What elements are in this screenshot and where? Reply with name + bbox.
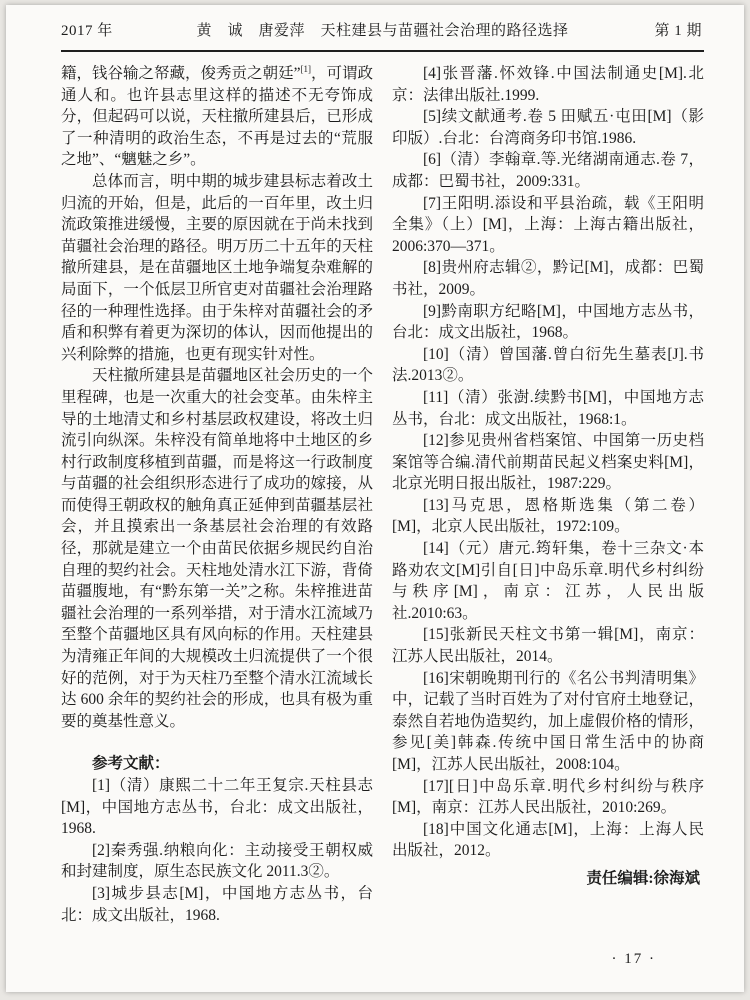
body-paragraph: 籍，钱谷输之帑藏，俊秀贡之朝廷”[1]，可谓政通人和。也许县志里这样的描述不无夸…: [61, 63, 373, 171]
reference-item: [5]续文献通考.卷 5 田赋五·屯田[M]（影印版）.台北：台湾商务印书馆.1…: [392, 106, 704, 149]
reference-item: [3]城步县志[M]，中国地方志丛书，台北：成文出版社，1968.: [61, 883, 373, 926]
reference-item: [17][日]中岛乐章.明代乡村纠纷与秩序[M]，南京：江苏人民出版社，2010…: [392, 776, 704, 819]
reference-item: [4]张晋藩.怀效锋.中国法制通史[M].北京：法律出版社.1999.: [392, 63, 704, 106]
reference-item: [15]张新民天柱文书第一辑[M]，南京：江苏人民出版社，2014。: [392, 624, 704, 667]
running-header: 2017 年 黄 诚 唐爱萍 天柱建县与苗疆社会治理的路径选择 第 1 期: [61, 19, 704, 43]
reference-item: [14]（元）唐元.筠轩集，卷十三杂文·本路劝农文[M]引自[日]中岛乐章.明代…: [392, 538, 704, 624]
right-column: [4]张晋藩.怀效锋.中国法制通史[M].北京：法律出版社.1999. [5]续…: [392, 63, 704, 926]
header-rule: [61, 50, 704, 52]
journal-page: 2017 年 黄 诚 唐爱萍 天柱建县与苗疆社会治理的路径选择 第 1 期 籍，…: [6, 5, 744, 992]
reference-item: [1]（清）康熙二十二年王复宗.天柱县志[M]，中国地方志丛书，台北：成文出版社…: [61, 775, 373, 840]
footnote-marker: [1]: [300, 64, 311, 74]
reference-item: [12]参见贵州省档案馆、中国第一历史档案馆等合编.清代前期苗民起义档案史料[M…: [392, 430, 704, 495]
reference-item: [6]（清）李翰章.等.光绪湖南通志.卷 7，成都：巴蜀书社，2009:331。: [392, 149, 704, 192]
reference-item: [2]秦秀强.纳粮向化：主动接受王朝权威和封建制度，原生态民族文化 2011.3…: [61, 840, 373, 883]
reference-item: [9]黔南职方纪略[M]，中国地方志丛书，台北：成文出版社，1968。: [392, 301, 704, 344]
reference-item: [7]王阳明.添设和平县治疏，载《王阳明全集》（上）[M]，上海：上海古籍出版社…: [392, 193, 704, 258]
header-issue: 第 1 期: [654, 19, 702, 40]
reference-item: [11]（清）张澍.续黔书[M]，中国地方志丛书，台北：成文出版社，1968:1…: [392, 387, 704, 430]
left-column: 籍，钱谷输之帑藏，俊秀贡之朝廷”[1]，可谓政通人和。也许县志里这样的描述不无夸…: [61, 63, 373, 926]
paragraph-text: 籍，钱谷输之帑藏，俊秀贡之朝廷”: [61, 65, 300, 82]
header-article-title: 黄 诚 唐爱萍 天柱建县与苗疆社会治理的路径选择: [61, 19, 704, 40]
reference-item: [16]宋朝晚期刊行的《名公书判清明集》中，记载了当时百姓为了对付官府土地登记，…: [392, 668, 704, 776]
references-heading: 参考文献：: [61, 753, 373, 775]
body-paragraph: 天柱撤所建县是苗疆地区社会历史的一个里程碑，也是一次重大的社会变革。由朱梓主导的…: [61, 365, 373, 732]
editor-note: 责任编辑:徐海斌: [392, 868, 704, 890]
reference-item: [13]马克思，恩格斯选集（第二卷）[M]，北京人民出版社，1972:109。: [392, 495, 704, 538]
reference-item: [8]贵州府志辑②，黔记[M]，成都：巴蜀书社，2009。: [392, 257, 704, 300]
reference-item: [18]中国文化通志[M]，上海：上海人民出版社，2012。: [392, 819, 704, 862]
page-number: · 17 ·: [612, 951, 657, 968]
reference-item: [10]（清）曾国藩.曾白衍先生墓表[J].书法.2013②。: [392, 344, 704, 387]
page-content: 2017 年 黄 诚 唐爱萍 天柱建县与苗疆社会治理的路径选择 第 1 期 籍，…: [61, 19, 704, 992]
body-paragraph: 总体而言，明中期的城步建县标志着改土归流的开始，但是，此后的一百年里，改土归流政…: [61, 171, 373, 365]
two-column-body: 籍，钱谷输之帑藏，俊秀贡之朝廷”[1]，可谓政通人和。也许县志里这样的描述不无夸…: [61, 63, 704, 926]
